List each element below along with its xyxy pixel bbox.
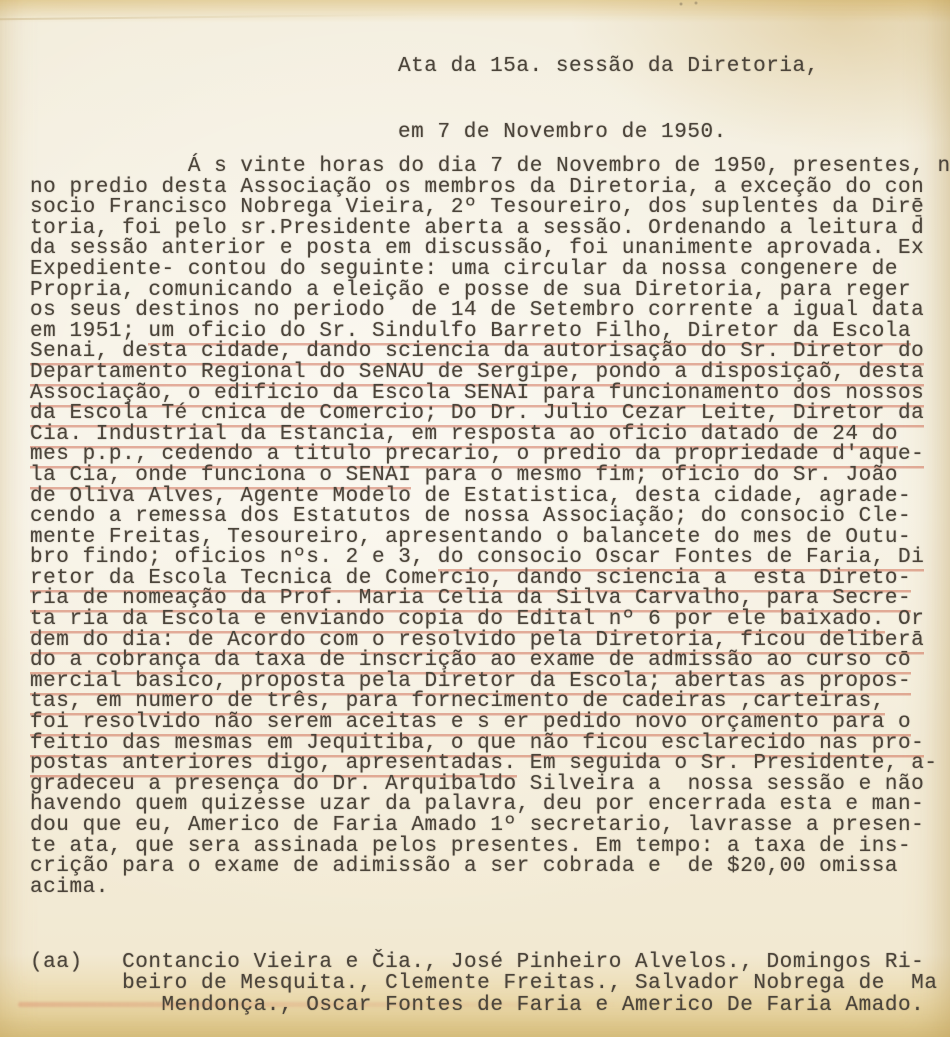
body-line: ta ria da Escola e enviando copia do Edi… [30,610,942,631]
signature-line: (aa) Contancio Vieira e Čia., José Pinhe… [30,952,942,973]
red-underline: do a cobrança da taxa de inscrição ao ex… [30,649,911,672]
title-line-1: Ata da 15a. sessão da Diretoria, [398,56,819,78]
body-line: Departamento Regional do SeNAU de Sergip… [30,363,942,384]
body-line: da Escola Té cnica de Comercio; Do Dr. J… [30,404,942,425]
ink-specks [676,0,702,9]
body-line: de Oliva Alves, Agente Modelo de Estatis… [30,487,942,508]
document-body: Á s vinte horas do dia 7 de Novembro de … [30,157,942,898]
body-line: mes p.p., cedendo a titulo precario, o p… [30,445,942,466]
body-line: do a cobrança da taxa de inscrição ao ex… [30,651,942,672]
body-line: Á s vinte horas do dia 7 de Novembro de … [30,157,942,178]
body-line: Expediente- contou do seguinte: uma circ… [30,260,942,281]
red-underline: mes p.p., cedendo a titulo precario, o p… [30,443,924,466]
red-underline: postas anteriores digo, apresentadas. [30,752,517,775]
body-line: bro findo; oficios nºs. 2 e 3, do consoc… [30,548,942,569]
body-line: cendo a remessa dos Estatutos de nossa A… [30,507,942,528]
signature-line: Mendonça., Oscar Fontes de Faria e Ameri… [30,995,942,1016]
body-line: postas anteriores digo, apresentadas. Em… [30,754,942,775]
body-line: havendo quem quizesse uzar da palavra, d… [30,795,942,816]
title-line-2: em 7 de Novembro de 1950. [398,122,819,144]
body-line: tas, em numero de três, para forneciment… [30,692,942,713]
signature-block: (aa) Contancio Vieira e Čia., José Pinhe… [30,952,942,1016]
red-underline: da Escola Té cnica de Comercio; Do Dr. J… [30,402,924,425]
body-line: la Cia, onde funciona o SENAI para o mes… [30,466,942,487]
body-line: foi resolvido não serem aceitas e s er p… [30,713,942,734]
body-line: acima. [30,878,942,899]
red-underline: la Cia, onde funciona o SENAI [30,464,411,487]
red-underline: Senai, desta cidade, dando sciencia da a… [30,340,924,363]
red-underline: do consocio Oscar Fontes de Faria, Di [438,546,925,569]
body-line: os seus destinos no periodo de 14 de Set… [30,301,942,322]
body-line: ria de nomeação da Prof. Maria Celia da … [30,589,942,610]
body-line: dou que eu, Americo de Faria Amado 1º se… [30,816,942,837]
document-page: Ata da 15a. sessão da Diretoria, em 7 de… [0,0,950,1037]
body-line: Senai, desta cidade, dando sciencia da a… [30,342,942,363]
body-line: crição para o exame de adimissão a ser c… [30,857,942,878]
body-line: socio Francisco Nobrega Vieira, 2º Tesou… [30,198,942,219]
signature-line: beiro de Mesquita., Clemente Freitas., S… [30,973,942,994]
red-underline: tas, em numero de três, para forneciment… [30,690,885,713]
red-underline: foi resolvido não serem aceitas e s er p… [30,711,911,734]
paper-crease [0,14,420,20]
red-underline: ta ria da Escola e enviando copia do Edi… [30,608,885,631]
body-line: da sessão anterior e posta em discussão,… [30,239,942,260]
red-underline: Departamento Regional do SeNAU de Sergip… [30,361,924,384]
